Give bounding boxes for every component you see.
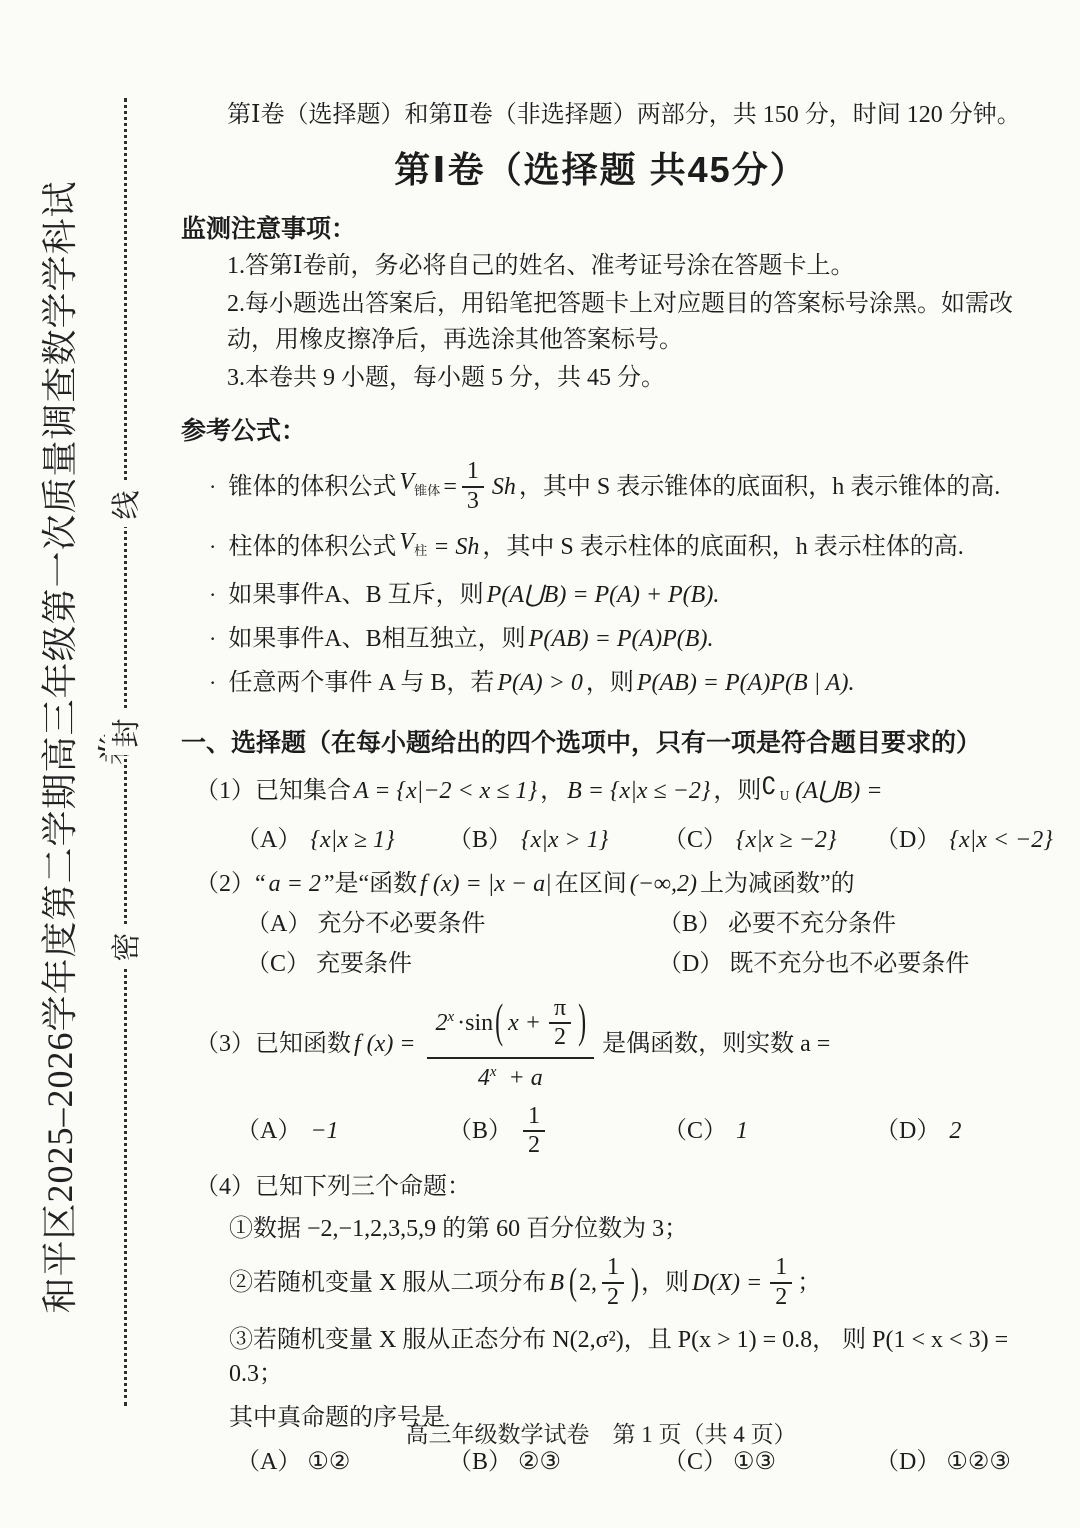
side-vertical-title: 和平区2025–2026学年度第二学期高三年级第一次质量调查数学学科试卷 bbox=[32, 167, 88, 1327]
option-a: （A）−1 bbox=[236, 1114, 448, 1148]
question-2-options-row-1: （A）充分不必要条件 （B）必要不充分条件 bbox=[181, 907, 1021, 941]
notice-item-1: 1.答第Ⅰ卷前，务必将自己的姓名、准考证号涂在答题卡上。 bbox=[181, 248, 1021, 284]
fraction-one-half: 12 bbox=[602, 1254, 624, 1311]
formula-conditional-probability: · 任意两个事件 A 与 B，若 P(A) > 0 ，则 P(AB) = P(A… bbox=[181, 666, 1021, 700]
left-paren: ( bbox=[495, 995, 503, 1053]
exam-paper-page: 和平区2025–2026学年度第二学期高三年级第一次质量调查数学学科试卷 线 封… bbox=[0, 0, 1080, 1528]
option-d: （D）2 bbox=[875, 1114, 1021, 1148]
q4-proposition-3: ③若随机变量 X 服从正态分布 N(2,σ²)，且 P(x > 1) = 0.8… bbox=[181, 1323, 1021, 1391]
formula-independent-events: · 如果事件A、B相互独立，则 P(AB) = P(A)P(B). bbox=[181, 622, 1021, 656]
option-d: （D）{x|x < −2} bbox=[875, 823, 1056, 857]
option-a: （A）{x|x ≥ 1} bbox=[236, 823, 448, 857]
option-d: （D）①②③ bbox=[875, 1445, 1021, 1479]
option-b: （B）必要不充分条件 bbox=[658, 907, 1021, 941]
q3-big-fraction: 2x ·sin ( x + π 2 ) 4x + a bbox=[427, 995, 595, 1093]
right-paren: ) bbox=[631, 1255, 639, 1309]
fraction-one-third: 1 3 bbox=[462, 458, 484, 515]
fraction-one-half: 12 bbox=[770, 1254, 792, 1311]
question-4: （4）已知下列三个命题： bbox=[181, 1170, 1021, 1204]
question-2-options-row-2: （C）充要条件 （D）既不充分也不必要条件 bbox=[181, 947, 1021, 981]
question-1-options: （A）{x|x ≥ 1} （B）{x|x > 1} （C）{x|x ≥ −2} … bbox=[181, 823, 1021, 857]
bullet-icon: · bbox=[209, 578, 216, 612]
option-b: （B）12 bbox=[448, 1103, 663, 1160]
bullet-icon: · bbox=[209, 622, 216, 656]
bullet-icon: · bbox=[209, 530, 216, 564]
section-i-title: 第Ⅰ卷（选择题 共45分） bbox=[181, 146, 1021, 194]
paper-intro-line: 第Ⅰ卷（选择题）和第Ⅱ卷（非选择题）两部分，共 150 分，时间 120 分钟。 bbox=[181, 98, 1021, 132]
option-c: （C）1 bbox=[663, 1114, 875, 1148]
seal-char-xian: 线 bbox=[105, 483, 149, 527]
q4-proposition-2: ②若随机变量 X 服从二项分布 B ( 2, 12 ) ，则 D(X) = 12… bbox=[181, 1254, 1021, 1311]
right-paren: ) bbox=[578, 995, 586, 1053]
option-b: （B）②③ bbox=[448, 1445, 663, 1479]
notice-item-3: 3.本卷共 9 小题，每小题 5 分，共 45 分。 bbox=[181, 360, 1021, 396]
option-c: （C）充要条件 bbox=[246, 947, 658, 981]
notice-item-2: 2.每小题选出答案后，用铅笔把答题卡上对应题目的答案标号涂黑。如需改动，用橡皮擦… bbox=[181, 286, 1021, 358]
question-2: （2）“ a = 2 ”是“函数 f (x) = |x − a| 在区间 (−∞… bbox=[181, 867, 1021, 901]
seal-char-mi: 密 bbox=[105, 925, 149, 969]
seal-char-feng: 封 bbox=[105, 711, 149, 755]
option-a: （A）充分不必要条件 bbox=[246, 907, 658, 941]
formula-cylinder-volume: · 柱体的体积公式 V柱 = Sh ，其中 S 表示柱体的底面积，h 表示柱体的… bbox=[181, 525, 1021, 568]
option-b: （B）{x|x > 1} bbox=[448, 823, 663, 857]
bullet-icon: · bbox=[209, 470, 216, 504]
option-d: （D）既不充分也不必要条件 bbox=[658, 947, 1021, 981]
multiple-choice-section-heading: 一、选择题（在每小题给出的四个选项中，只有一项是符合题目要求的） bbox=[181, 726, 1021, 760]
question-1: （1）已知集合 A = {x|−2 < x ≤ 1} ， B = {x|x ≤ … bbox=[181, 770, 1021, 813]
question-3-options: （A）−1 （B）12 （C）1 （D）2 bbox=[181, 1103, 1021, 1160]
question-4-options: （A）①② （B）②③ （C）①③ （D）①②③ bbox=[181, 1445, 1021, 1479]
formula-cone-volume: · 锥体的体积公式 V锥体 = 1 3 Sh ，其中 S 表示锥体的底面积，h … bbox=[181, 458, 1021, 515]
option-c: （C）{x|x ≥ −2} bbox=[663, 823, 875, 857]
left-paren: ( bbox=[569, 1255, 577, 1309]
bullet-icon: · bbox=[209, 666, 216, 700]
question-3: （3）已知函数 f (x) = 2x ·sin ( x + π 2 ) 4x +… bbox=[181, 995, 1021, 1093]
option-a: （A）①② bbox=[236, 1445, 448, 1479]
formula-mutually-exclusive: · 如果事件A、B 互斥，则 P(A⋃B) = P(A) + P(B). bbox=[181, 578, 1021, 612]
notice-heading: 监测注意事项： bbox=[181, 212, 1021, 246]
option-c: （C）①③ bbox=[663, 1445, 875, 1479]
main-content: 第Ⅰ卷（选择题）和第Ⅱ卷（非选择题）两部分，共 150 分，时间 120 分钟。… bbox=[181, 98, 1021, 1479]
reference-heading: 参考公式： bbox=[181, 414, 1021, 448]
page-footer: 高三年级数学试卷 第 1 页（共 4 页） bbox=[181, 1416, 1021, 1449]
q4-proposition-1: ①数据 −2,−1,2,3,5,9 的第 60 百分位数为 3； bbox=[181, 1212, 1021, 1246]
fraction-pi-over-2: π 2 bbox=[549, 995, 571, 1052]
